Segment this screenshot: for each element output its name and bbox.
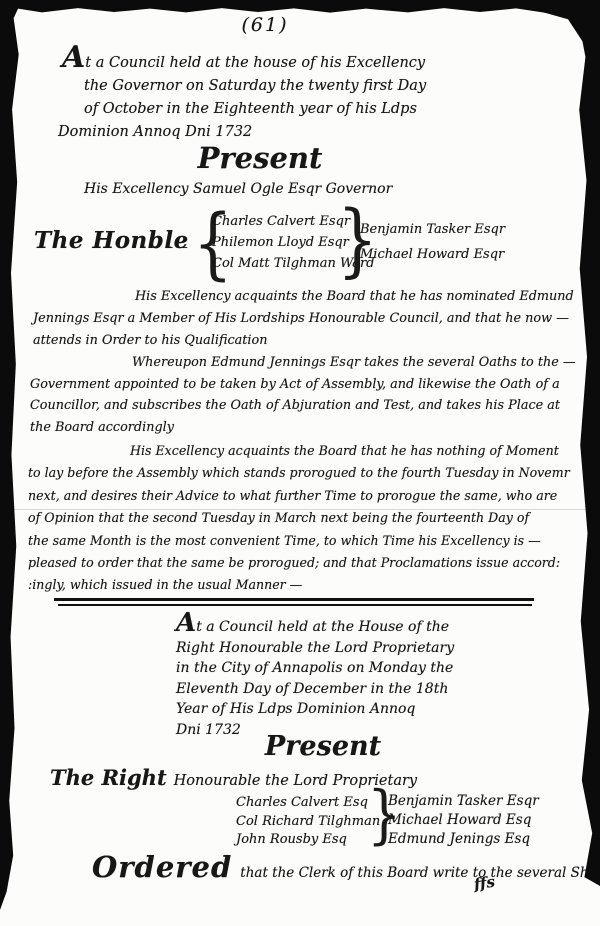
council-member: John Rousby Esq	[236, 831, 380, 850]
session2-heading-line: in the City of Annapolis on Monday the	[176, 658, 454, 679]
council-member: Benjamin Tasker Esqr	[360, 217, 505, 242]
paragraph-line: attends in Order to his Qualification	[33, 330, 574, 352]
honble-dashes: – – –	[152, 240, 190, 255]
paragraph-line: of Opinion that the second Tuesday in Ma…	[28, 507, 570, 529]
session2-heading-line: At a Council held at the House of the	[176, 613, 454, 638]
order-clause: Ordered that the Clerk of this Board wri…	[92, 850, 600, 884]
paragraph-line: Government appointed to be taken by Act …	[30, 374, 576, 396]
right-honourable-label: The Right	[50, 765, 167, 790]
paragraph-line: the same Month is the most convenient Ti…	[28, 530, 570, 552]
scan-edge-top	[0, 0, 600, 14]
council-member: Benjamin Tasker Esqr	[388, 792, 539, 811]
council-member: Michael Howard Esqr	[360, 242, 505, 267]
section-divider-rule	[54, 598, 534, 601]
session1-heading: At a Council held at the house of his Ex…	[62, 46, 426, 144]
minutes-paragraph-oaths: Whereupon Edmund Jennings Esqr takes the…	[30, 352, 576, 438]
order-text: that the Clerk of this Board write to th…	[240, 865, 600, 881]
paragraph-line: :ingly, which issued in the usual Manner…	[28, 574, 570, 596]
present-heading: Present	[150, 141, 370, 175]
paragraph-line: next, and desires their Advice to what f…	[28, 485, 570, 507]
council-members-right: Benjamin Tasker Esqr Michael Howard Esq …	[388, 792, 539, 849]
council-members-right: Benjamin Tasker Esqr Michael Howard Esqr	[360, 217, 505, 267]
present-heading: Present	[238, 731, 408, 762]
paragraph-line: to lay before the Assembly which stands …	[28, 462, 570, 484]
section-divider-rule	[58, 604, 532, 606]
council-member: Michael Howard Esq	[388, 811, 539, 830]
scan-edge-left	[0, 0, 22, 910]
page-number: (61)	[225, 14, 305, 36]
minutes-paragraph-prorogation: His Excellency acquaints the Board that …	[28, 440, 570, 597]
session1-heading-line: At a Council held at the house of his Ex…	[62, 46, 426, 75]
council-members-left: Charles Calvert Esq Col Richard Tilghman…	[236, 794, 380, 850]
manuscript-page: (61) At a Council held at the house of h…	[0, 0, 600, 926]
paragraph-line: Councillor, and subscribes the Oath of A…	[30, 395, 576, 417]
ordered-word: Ordered	[92, 850, 232, 884]
catchword: ffs	[473, 873, 496, 894]
session2-heading-line: Year of His Ldps Dominion Annoq	[176, 699, 454, 720]
session2-heading: At a Council held at the House of the Ri…	[176, 613, 454, 740]
paragraph-line: His Excellency acquaints the Board that …	[33, 286, 574, 308]
session2-heading-line: Right Honourable the Lord Proprietary	[176, 638, 454, 659]
paragraph-line: pleased to order that the same be prorog…	[28, 552, 570, 574]
session1-heading-line: the Governor on Saturday the twenty firs…	[84, 75, 426, 98]
council-member: Col Richard Tilghman	[236, 813, 380, 832]
council-member: Charles Calvert Esq	[236, 794, 380, 813]
session2-heading-line: Eleventh Day of December in the 18th	[176, 679, 454, 700]
paragraph-line: His Excellency acquaints the Board that …	[28, 440, 570, 462]
paragraph-line: Jennings Esqr a Member of His Lordships …	[33, 308, 574, 330]
paragraph-line: Whereupon Edmund Jennings Esqr takes the…	[30, 352, 576, 374]
proprietary-attendee: The Right Honourable the Lord Proprietar…	[50, 765, 417, 790]
session1-heading-line: of October in the Eighteenth year of his…	[84, 98, 426, 121]
scan-edge-right	[574, 4, 600, 886]
paragraph-line: the Board accordingly	[30, 417, 576, 439]
minutes-paragraph-nomination: His Excellency acquaints the Board that …	[33, 286, 574, 352]
council-member: Edmund Jenings Esq	[388, 830, 539, 849]
